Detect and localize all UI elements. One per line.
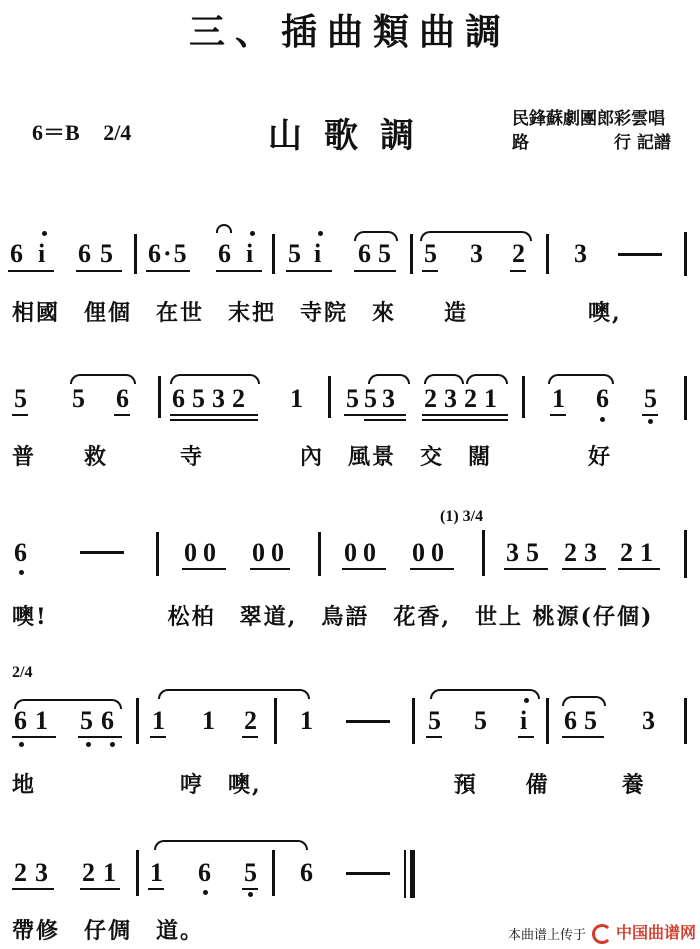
sustain-dash bbox=[618, 253, 662, 256]
barline bbox=[158, 376, 161, 418]
annotation-measure: (1) 3/4 bbox=[440, 508, 483, 526]
barline bbox=[136, 850, 139, 896]
note: 1 bbox=[150, 860, 163, 886]
note: 5 bbox=[644, 386, 657, 412]
underline bbox=[426, 736, 442, 738]
song-title: 山歌調 bbox=[268, 108, 436, 157]
barline bbox=[272, 850, 275, 896]
final-barline-thin bbox=[404, 850, 406, 898]
barline bbox=[328, 376, 331, 418]
low-octave-dot bbox=[648, 419, 653, 424]
sustain-dash bbox=[346, 720, 390, 723]
underline bbox=[8, 270, 54, 272]
barline bbox=[136, 698, 139, 744]
note: 6 bbox=[198, 860, 211, 886]
lyrics-line-3: 噢! 松柏 翠道, 鳥語 花香, 世上 桃源(仔個) bbox=[12, 600, 653, 631]
high-octave-dot bbox=[42, 231, 47, 236]
note: 3 bbox=[574, 241, 587, 267]
credit-notation: 路 行 記譜 bbox=[512, 128, 671, 153]
note-group: 61 bbox=[14, 708, 56, 734]
underline bbox=[242, 736, 258, 738]
barline bbox=[684, 232, 687, 276]
note-group: 35 bbox=[506, 540, 546, 566]
slur bbox=[562, 696, 606, 706]
note: 2 bbox=[244, 708, 257, 734]
lyrics-line-4: 地 哼 噢, 預 備 養 病 bbox=[12, 768, 700, 799]
underline bbox=[562, 736, 604, 738]
low-octave-dot bbox=[86, 742, 91, 747]
note: i bbox=[520, 708, 527, 734]
low-octave-dot bbox=[19, 742, 24, 747]
time-signature: 2/4 bbox=[103, 120, 131, 145]
note: 1 bbox=[300, 708, 313, 734]
note: 6 bbox=[10, 241, 23, 267]
note-group: 23 bbox=[14, 860, 56, 886]
key-signature: 6＝B 2/4 bbox=[32, 116, 131, 147]
note-group: 6532 bbox=[172, 386, 252, 412]
note-group: 23 bbox=[564, 540, 604, 566]
slur bbox=[424, 374, 464, 384]
underline bbox=[216, 270, 262, 272]
lyrics-line-1: 相國 俚個 在世 末把 寺院 來 造 噢, bbox=[12, 296, 622, 327]
low-octave-dot bbox=[19, 570, 24, 575]
underline bbox=[518, 736, 534, 738]
key-value: 6＝B bbox=[32, 120, 80, 145]
section-title: 三、插曲類曲調 bbox=[0, 4, 700, 55]
underline bbox=[422, 270, 438, 272]
note-group: 65 bbox=[564, 708, 604, 734]
rest-group: 00 bbox=[184, 540, 222, 566]
note: 5 bbox=[244, 860, 257, 886]
double-underline bbox=[170, 419, 258, 421]
low-octave-dot bbox=[110, 742, 115, 747]
note: 5 bbox=[378, 241, 391, 267]
note: 5 bbox=[72, 386, 85, 412]
high-octave-dot bbox=[524, 698, 529, 703]
rest-group: 00 bbox=[412, 540, 450, 566]
barline bbox=[318, 532, 321, 576]
barline bbox=[482, 530, 485, 576]
double-underline bbox=[364, 419, 406, 421]
double-underline bbox=[422, 419, 508, 421]
brand-text: 中国曲谱网 bbox=[616, 923, 696, 942]
lyrics-line-2: 普 救 寺 內 風景 交 闊 好 噢 bbox=[12, 440, 700, 471]
note: 1 bbox=[552, 386, 565, 412]
underline bbox=[76, 270, 122, 272]
note: 5 bbox=[424, 241, 437, 267]
underline bbox=[148, 888, 164, 890]
underline bbox=[250, 568, 290, 570]
underline bbox=[342, 568, 386, 570]
underline bbox=[146, 270, 190, 272]
brand-link[interactable]: 中国曲谱网 bbox=[592, 920, 696, 944]
note-group: 2321 bbox=[424, 386, 504, 412]
underline bbox=[170, 414, 258, 416]
final-barline-thick bbox=[410, 850, 415, 898]
note: i bbox=[314, 241, 321, 267]
low-octave-dot bbox=[248, 892, 253, 897]
underline bbox=[354, 270, 396, 272]
barline bbox=[412, 698, 415, 744]
upload-note: 本曲谱上传于 bbox=[508, 924, 586, 943]
rest-group: 00 bbox=[344, 540, 382, 566]
underline bbox=[618, 568, 660, 570]
barline bbox=[156, 532, 159, 576]
barline bbox=[134, 234, 137, 274]
fermata-icon bbox=[216, 224, 232, 233]
note: 1 bbox=[152, 708, 165, 734]
underline bbox=[642, 414, 658, 416]
note: 3 bbox=[470, 241, 483, 267]
note: 3 bbox=[642, 708, 655, 734]
underline bbox=[550, 414, 566, 416]
note: 6 bbox=[218, 241, 231, 267]
note: 5 bbox=[288, 241, 301, 267]
note-group: 553 bbox=[346, 386, 400, 412]
low-octave-dot bbox=[203, 890, 208, 895]
note: i bbox=[38, 241, 45, 267]
underline bbox=[562, 568, 606, 570]
underline bbox=[422, 414, 508, 416]
high-octave-dot bbox=[250, 231, 255, 236]
sustain-dash bbox=[80, 551, 124, 554]
note: 6 bbox=[116, 386, 129, 412]
underline bbox=[286, 270, 332, 272]
underline bbox=[410, 568, 454, 570]
barline bbox=[684, 376, 687, 420]
note-group: 21 bbox=[82, 860, 124, 886]
underline bbox=[78, 736, 122, 738]
barline bbox=[684, 530, 687, 578]
slur bbox=[466, 374, 508, 384]
underline bbox=[504, 568, 548, 570]
note: 5 bbox=[474, 708, 487, 734]
barline bbox=[522, 376, 525, 418]
slur bbox=[368, 374, 410, 384]
time-signature-change: 2/4 bbox=[12, 664, 32, 682]
barline bbox=[274, 698, 277, 744]
note: 6 bbox=[596, 386, 609, 412]
credit-singer: 民鋒蘇劇團郎彩雲唱 bbox=[512, 104, 665, 129]
barline bbox=[546, 698, 549, 744]
underline bbox=[344, 414, 406, 416]
note-group: 21 bbox=[620, 540, 660, 566]
note-group: 56 bbox=[80, 708, 122, 734]
note: 1 bbox=[202, 708, 215, 734]
underline bbox=[12, 888, 54, 890]
note: 6 bbox=[358, 241, 371, 267]
barline bbox=[272, 234, 275, 274]
note: i bbox=[246, 241, 253, 267]
low-octave-dot bbox=[600, 417, 605, 422]
high-octave-dot bbox=[318, 231, 323, 236]
note: 6·5 bbox=[148, 241, 189, 267]
slur bbox=[158, 689, 310, 699]
barline bbox=[684, 698, 687, 744]
lyrics-line-5: 帶修 仔倜 道。 bbox=[12, 914, 204, 945]
underline bbox=[12, 736, 56, 738]
note: 6 bbox=[14, 540, 27, 566]
underline bbox=[182, 568, 226, 570]
slur bbox=[548, 374, 614, 384]
underline bbox=[242, 888, 258, 890]
note: 5 bbox=[428, 708, 441, 734]
note: 6 bbox=[300, 860, 313, 886]
slur bbox=[154, 840, 308, 850]
slur bbox=[170, 374, 260, 384]
barline bbox=[410, 234, 413, 274]
sustain-dash bbox=[346, 872, 390, 875]
underline bbox=[80, 888, 120, 890]
slur bbox=[430, 689, 540, 699]
slur bbox=[70, 374, 136, 384]
underline bbox=[114, 414, 130, 416]
note: 2 bbox=[512, 241, 525, 267]
underline bbox=[12, 414, 28, 416]
note: 6 bbox=[78, 241, 91, 267]
underline bbox=[150, 736, 166, 738]
note: 1 bbox=[290, 386, 303, 412]
note: 5 bbox=[100, 241, 113, 267]
underline bbox=[510, 270, 526, 272]
brand-logo-icon bbox=[592, 924, 612, 944]
rest-group: 00 bbox=[252, 540, 290, 566]
barline bbox=[546, 234, 549, 274]
note: 5 bbox=[14, 386, 27, 412]
